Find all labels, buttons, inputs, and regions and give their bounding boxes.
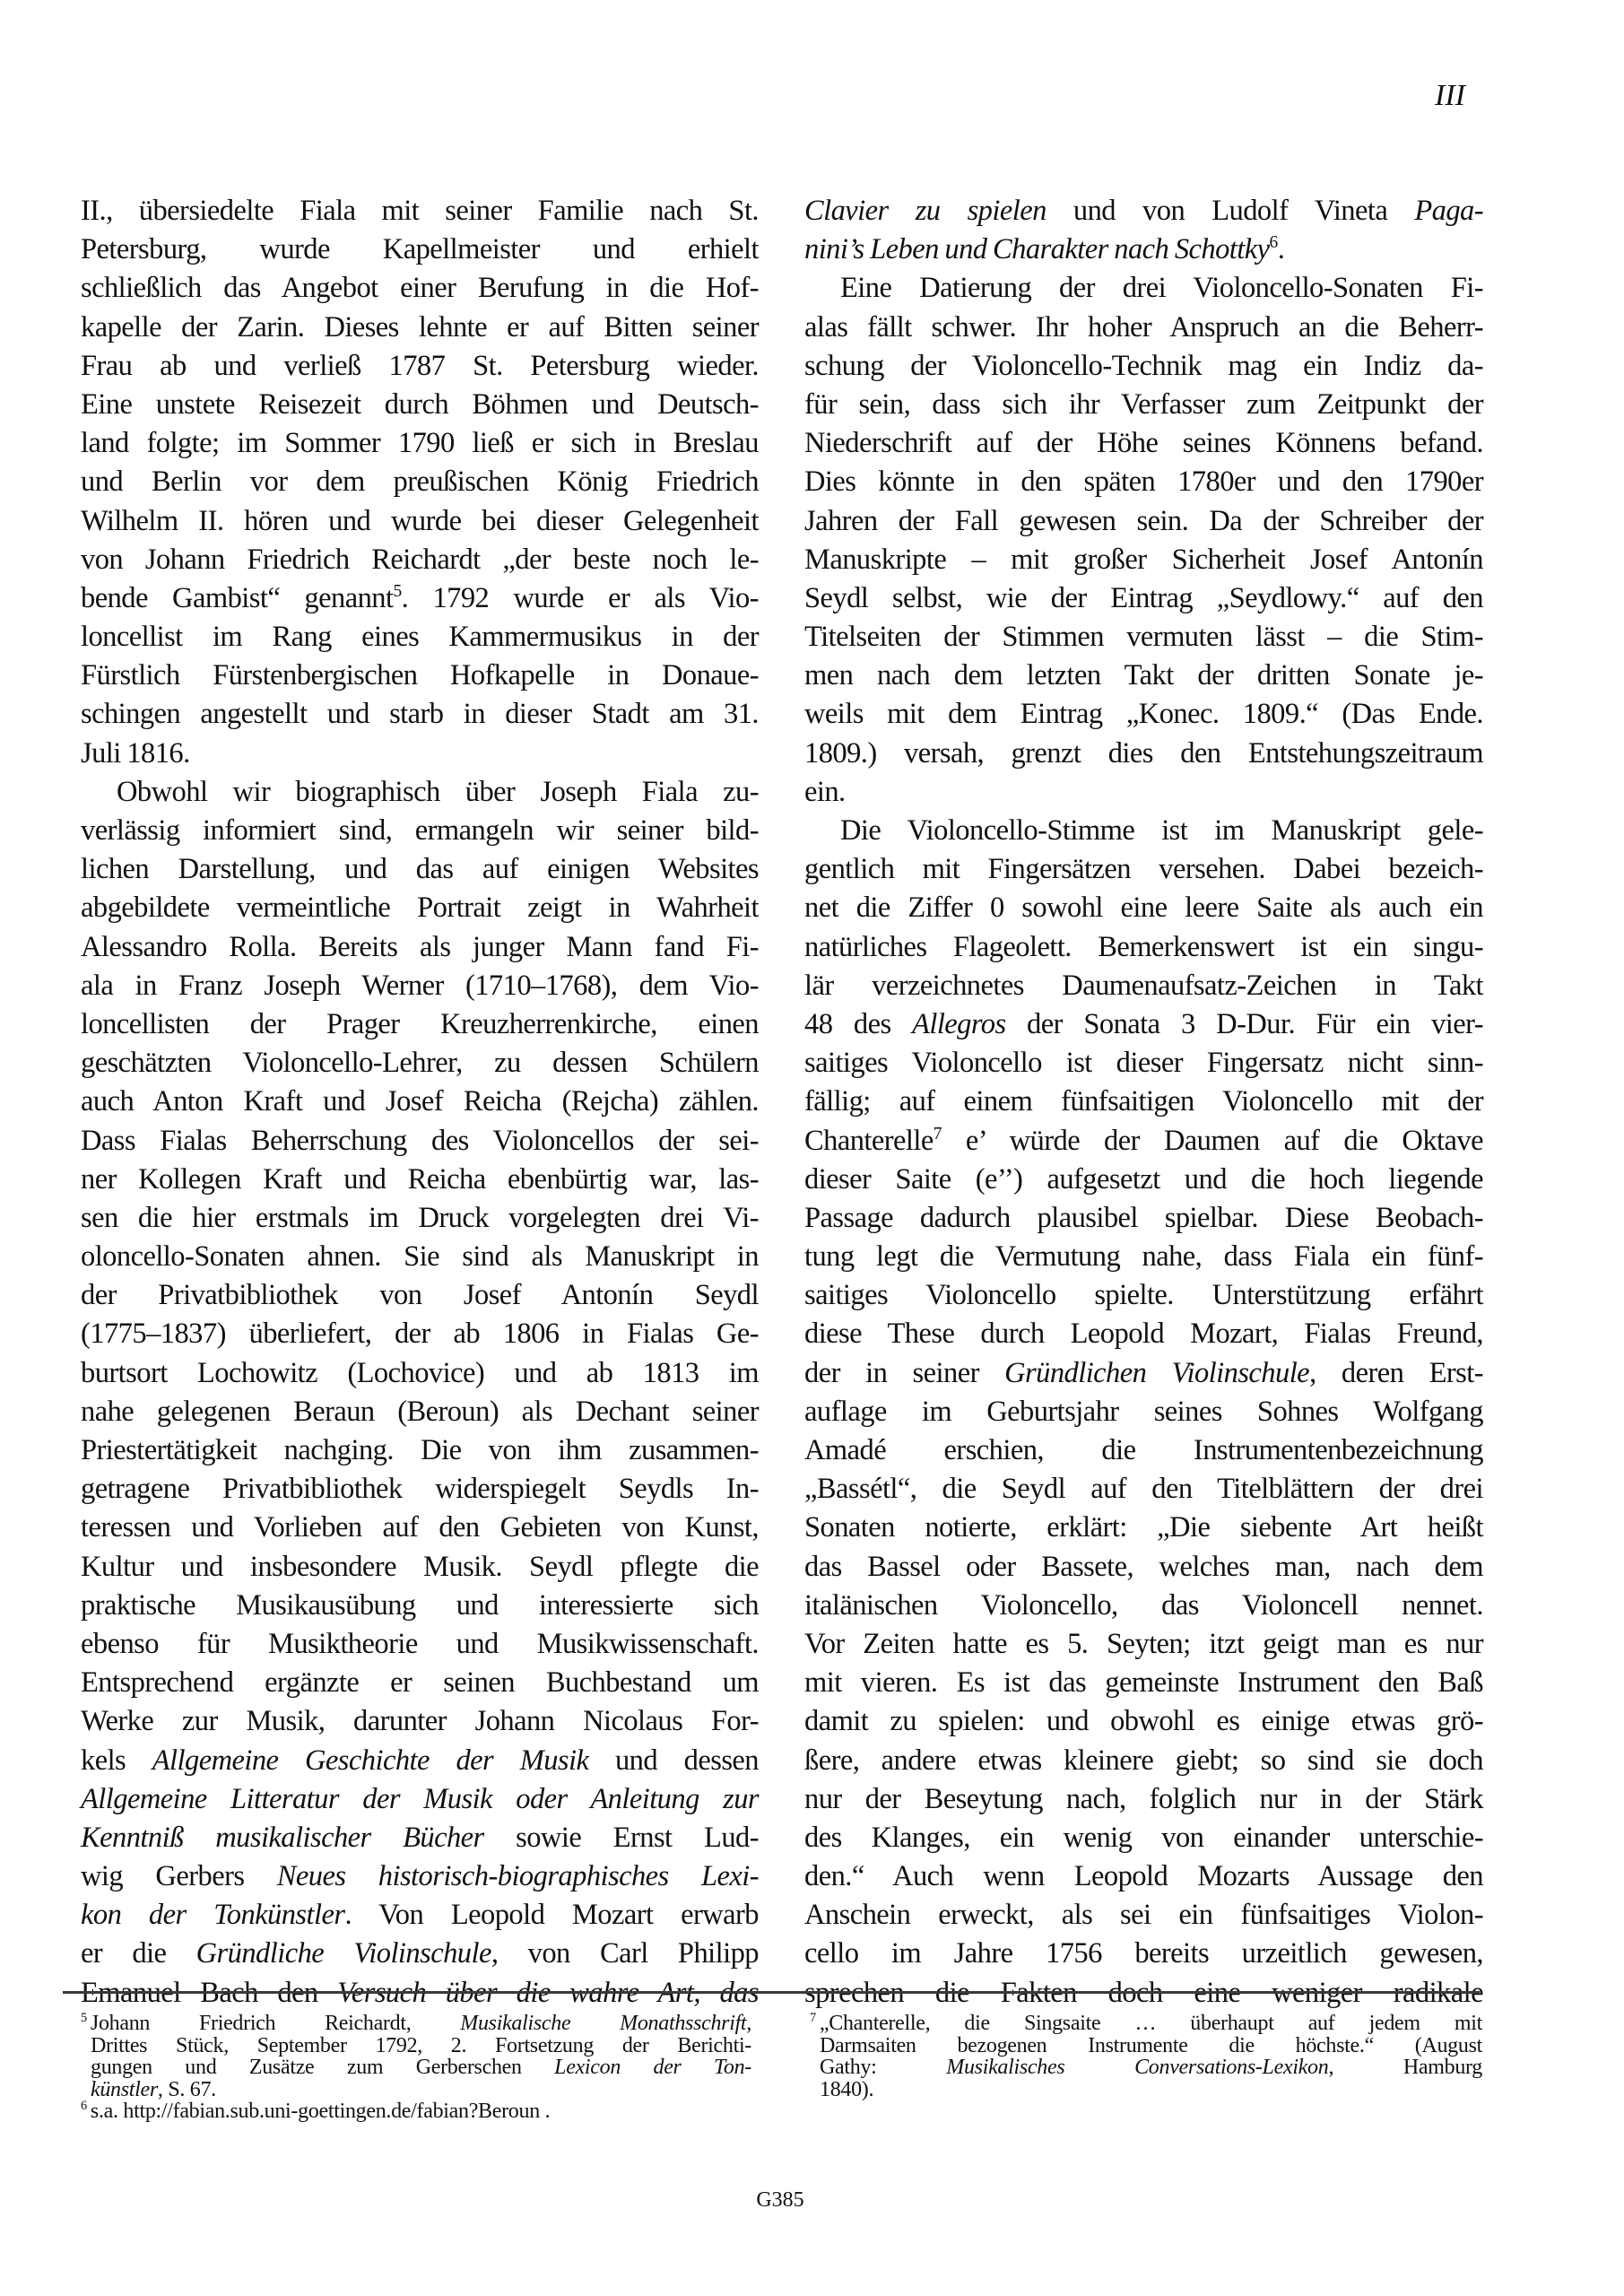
footnote-marker: 7: [810, 2011, 816, 2025]
italic-title: kon der Tonkünstler: [81, 1899, 344, 1931]
text-line: von Johann Friedrich Reichardt „der best…: [81, 541, 759, 579]
text-line: Die Violoncello-Stimme ist im Manuskript…: [804, 812, 1483, 850]
text-line: Werke zur Musik, darunter Johann Nicolau…: [81, 1702, 759, 1741]
italic-title: Musikalische Monathsschrift: [460, 2012, 746, 2035]
text-line: natürliches Flageolett. Bemerkenswert is…: [804, 928, 1483, 967]
text-line: Entsprechend ergänzte er seinen Buchbest…: [81, 1664, 759, 1702]
footnotes-left: 5Johann Friedrich Reichardt, Musikalisch…: [81, 2013, 751, 2123]
text-line: dieser Saite (e’’) aufgesetzt und die ho…: [804, 1161, 1483, 1199]
text-line: kapelle der Zarin. Dieses lehnte er auf …: [81, 309, 759, 347]
text-line: ßere, andere etwas kleinere giebt; so si…: [804, 1742, 1483, 1780]
text-line: der Privatbibliothek von Josef Antonín S…: [81, 1276, 759, 1315]
text-line: teressen und Vorlieben auf den Gebieten …: [81, 1509, 759, 1547]
text-line: nini’s Leben und Charakter nach Schottky…: [804, 230, 1483, 269]
text-line: gentlich mit Fingersätzen versehen. Dabe…: [804, 850, 1483, 889]
italic-title: Neues historisch-biographisches Lexi-: [277, 1860, 759, 1892]
text-line: ner Kollegen Kraft und Reicha ebenbürtig…: [81, 1161, 759, 1199]
text-line: Niederschrift auf der Höhe seines Können…: [804, 424, 1483, 463]
italic-title: künstler: [91, 2078, 158, 2101]
text-line: Wilhelm II. hören und wurde bei dieser G…: [81, 502, 759, 541]
text-line: men nach dem letzten Takt der dritten So…: [804, 657, 1483, 695]
italic-title: Lexicon der Ton-: [554, 2056, 751, 2079]
text-line: Titelseiten der Stimmen vermuten lässt –…: [804, 618, 1483, 657]
italic-title: nini’s Leben und Charakter nach Schottky: [804, 233, 1270, 265]
text-line: verlässig informiert sind, ermangeln wir…: [81, 812, 759, 850]
footnote-reference: 6: [1270, 233, 1278, 252]
text-line: bende Gambist“ genannt5. 1792 wurde er a…: [81, 579, 759, 618]
text-line: italänischen Violoncello, das Violoncell…: [804, 1587, 1483, 1625]
footnote-line: 7„Chanterelle, die Singsaite … überhaupt…: [810, 2013, 1482, 2035]
text-line: Seydl selbst, wie der Eintrag „Seydlowy.…: [804, 579, 1483, 618]
text-line: Eine unstete Reisezeit durch Böhmen und …: [81, 386, 759, 424]
italic-title: Gründliche Violinschule: [196, 1937, 491, 1970]
text-line: und Berlin vor dem preußischen König Fri…: [81, 463, 759, 501]
text-line: 1809.) versah, grenzt dies den Entstehun…: [804, 735, 1483, 773]
text-line: das Bassel oder Bassete, welches man, na…: [804, 1548, 1483, 1587]
text-line: burtsort Lochowitz (Lochovice) und ab 18…: [81, 1354, 759, 1393]
text-line: 48 des Allegros der Sonata 3 D-Dur. Für …: [804, 1005, 1483, 1044]
italic-title: Kenntniß musikalischer Bücher: [81, 1822, 484, 1854]
text-line: oloncello-Sonaten ahnen. Sie sind als Ma…: [81, 1238, 759, 1276]
text-line: loncellist im Rang eines Kammermusikus i…: [81, 618, 759, 657]
text-line: net die Ziffer 0 sowohl eine leere Saite…: [804, 889, 1483, 927]
text-line: getragene Privatbibliothek widerspiegelt…: [81, 1470, 759, 1509]
text-line: Sonaten notierte, erklärt: „Die siebente…: [804, 1509, 1483, 1547]
text-line: Dass Fialas Beherrschung des Violoncello…: [81, 1122, 759, 1161]
text-line: nur der Beseytung nach, folglich nur in …: [804, 1780, 1483, 1819]
text-line: Anschein erweckt, als sei ein fünfsaitig…: [804, 1896, 1483, 1935]
footnote-line: 6s.a. http://fabian.sub.uni-goettingen.d…: [81, 2100, 751, 2123]
italic-title: Allgemeine Litteratur der Musik oder Anl…: [81, 1783, 759, 1815]
text-line: Petersburg, wurde Kapellmeister und erhi…: [81, 230, 759, 269]
footnote-marker: 5: [81, 2011, 87, 2025]
left-text-column: II., übersiedelte Fiala mit seiner Famil…: [81, 192, 759, 2013]
text-line: Vor Zeiten hatte es 5. Seyten; itzt geig…: [804, 1625, 1483, 1664]
text-line: (1775–1837) überliefert, der ab 1806 in …: [81, 1315, 759, 1353]
text-line: kels Allgemeine Geschichte der Musik und…: [81, 1742, 759, 1780]
text-line: tung legt die Vermutung nahe, dass Fiala…: [804, 1238, 1483, 1276]
italic-title: Musikalisches Conversations-Lexikon: [946, 2056, 1328, 2079]
text-line: lichen Darstellung, und das auf einigen …: [81, 850, 759, 889]
text-line: des Klanges, ein wenig von einander unte…: [804, 1819, 1483, 1857]
text-line: ebenso für Musiktheorie und Musikwissens…: [81, 1625, 759, 1664]
right-text-column: Clavier zu spielen und von Ludolf Vineta…: [804, 192, 1483, 2013]
text-line: ein.: [804, 773, 1483, 812]
text-line: Clavier zu spielen und von Ludolf Vineta…: [804, 192, 1483, 230]
italic-title: Paga-: [1414, 195, 1483, 227]
text-line: auch Anton Kraft und Josef Reicha (Rejch…: [81, 1083, 759, 1121]
text-line: Juli 1816.: [81, 735, 759, 773]
text-line: Manuskripte – mit großer Sicherheit Jose…: [804, 541, 1483, 579]
text-line: diese These durch Leopold Mozart, Fialas…: [804, 1315, 1483, 1353]
text-line: land folgte; im Sommer 1790 ließ er sich…: [81, 424, 759, 463]
text-line: abgebildete vermeintliche Portrait zeigt…: [81, 889, 759, 927]
text-line: saitiges Violoncello ist dieser Fingersa…: [804, 1044, 1483, 1083]
text-line: Allgemeine Litteratur der Musik oder Anl…: [81, 1780, 759, 1819]
footnote-line: Drittes Stück, September 1792, 2. Fortse…: [81, 2035, 751, 2057]
text-line: sen die hier erstmals im Druck vorgelegt…: [81, 1199, 759, 1238]
text-line: cello im Jahre 1756 bereits urzeitlich g…: [804, 1935, 1483, 1973]
text-line: damit zu spielen: und obwohl es einige e…: [804, 1702, 1483, 1741]
text-line: Passage dadurch plausibel spielbar. Dies…: [804, 1199, 1483, 1238]
text-line: loncellisten der Prager Kreuzherrenkirch…: [81, 1005, 759, 1044]
text-line: schung der Violoncello-Technik mag ein I…: [804, 347, 1483, 386]
text-line: Amadé erschien, die Instrumentenbezeichn…: [804, 1431, 1483, 1470]
text-line: Priestertätigkeit nachging. Die von ihm …: [81, 1431, 759, 1470]
text-line: weils mit dem Eintrag „Konec. 1809.“ (Da…: [804, 695, 1483, 734]
text-line: nahe gelegenen Beraun (Beroun) als Decha…: [81, 1393, 759, 1431]
text-line: schließlich das Angebot einer Berufung i…: [81, 269, 759, 308]
italic-title: Clavier zu spielen: [804, 195, 1046, 227]
text-line: praktische Musikausübung und interessier…: [81, 1587, 759, 1625]
italic-title: Gründlichen Violinschule: [1004, 1357, 1309, 1389]
text-line: schingen angestellt und starb in dieser …: [81, 695, 759, 734]
text-line: geschätzten Violoncello-Lehrer, zu desse…: [81, 1044, 759, 1083]
text-line: Fürstlich Fürstenbergischen Hofkapelle i…: [81, 657, 759, 695]
italic-title: Allgemeine Geschichte der Musik: [152, 1744, 589, 1777]
footnote-reference: 7: [934, 1125, 942, 1144]
text-line: fällig; auf einem fünfsaitigen Violoncel…: [804, 1083, 1483, 1121]
text-line: Dies könnte in den späten 1780er und den…: [804, 463, 1483, 501]
text-line: Kenntniß musikalischer Bücher sowie Erns…: [81, 1819, 759, 1857]
footnote-marker: 6: [81, 2099, 87, 2113]
footnote-line: Darmsaiten bezogenen Instrumente die höc…: [810, 2035, 1482, 2057]
text-line: kon der Tonkünstler. Von Leopold Mozart …: [81, 1896, 759, 1935]
text-line: Chanterelle7 e’ würde der Daumen auf die…: [804, 1122, 1483, 1161]
text-line: den.“ Auch wenn Leopold Mozarts Aussage …: [804, 1857, 1483, 1896]
page-number-roman: III: [1435, 79, 1465, 113]
footnote-reference: 5: [393, 582, 401, 601]
text-line: lär verzeichnetes Daumenaufsatz-Zeichen …: [804, 967, 1483, 1005]
text-line: Eine Datierung der drei Violoncello-Sona…: [804, 269, 1483, 308]
text-line: mit vieren. Es ist das gemeinste Instrum…: [804, 1664, 1483, 1702]
footnote-divider: [63, 1991, 1480, 1994]
footnote-line: gungen und Zusätze zum Gerberschen Lexic…: [81, 2057, 751, 2079]
text-line: wig Gerbers Neues historisch-biographisc…: [81, 1857, 759, 1896]
text-line: Alessandro Rolla. Bereits als junger Man…: [81, 928, 759, 967]
text-line: für sein, dass sich ihr Verfasser zum Ze…: [804, 386, 1483, 424]
text-line: II., übersiedelte Fiala mit seiner Famil…: [81, 192, 759, 230]
footnote-line: 1840).: [810, 2079, 1482, 2101]
text-line: Obwohl wir biographisch über Joseph Fial…: [81, 773, 759, 812]
footnote-line: künstler, S. 67.: [81, 2079, 751, 2101]
text-line: Frau ab und verließ 1787 St. Petersburg …: [81, 347, 759, 386]
text-line: der in seiner Gründlichen Violinschule, …: [804, 1354, 1483, 1393]
page-code-footer: G385: [0, 2188, 1560, 2213]
italic-title: Allegros: [912, 1008, 1006, 1040]
footnote-line: 5Johann Friedrich Reichardt, Musikalisch…: [81, 2013, 751, 2035]
text-line: er die Gründliche Violinschule, von Carl…: [81, 1935, 759, 1973]
text-line: saitiges Violoncello spielte. Unterstütz…: [804, 1276, 1483, 1315]
text-line: ala in Franz Joseph Werner (1710–1768), …: [81, 967, 759, 1005]
text-line: Kultur und insbesondere Musik. Seydl pfl…: [81, 1548, 759, 1587]
text-line: alas fällt schwer. Ihr hoher Anspruch an…: [804, 309, 1483, 347]
text-line: auflage im Geburtsjahr seines Sohnes Wol…: [804, 1393, 1483, 1431]
footnote-line: Gathy: Musikalisches Conversations-Lexik…: [810, 2057, 1482, 2079]
text-line: „Bassétl“, die Seydl auf den Titelblätte…: [804, 1470, 1483, 1509]
text-line: Jahren der Fall gewesen sein. Da der Sch…: [804, 502, 1483, 541]
footnotes-right: 7„Chanterelle, die Singsaite … überhaupt…: [810, 2013, 1482, 2100]
